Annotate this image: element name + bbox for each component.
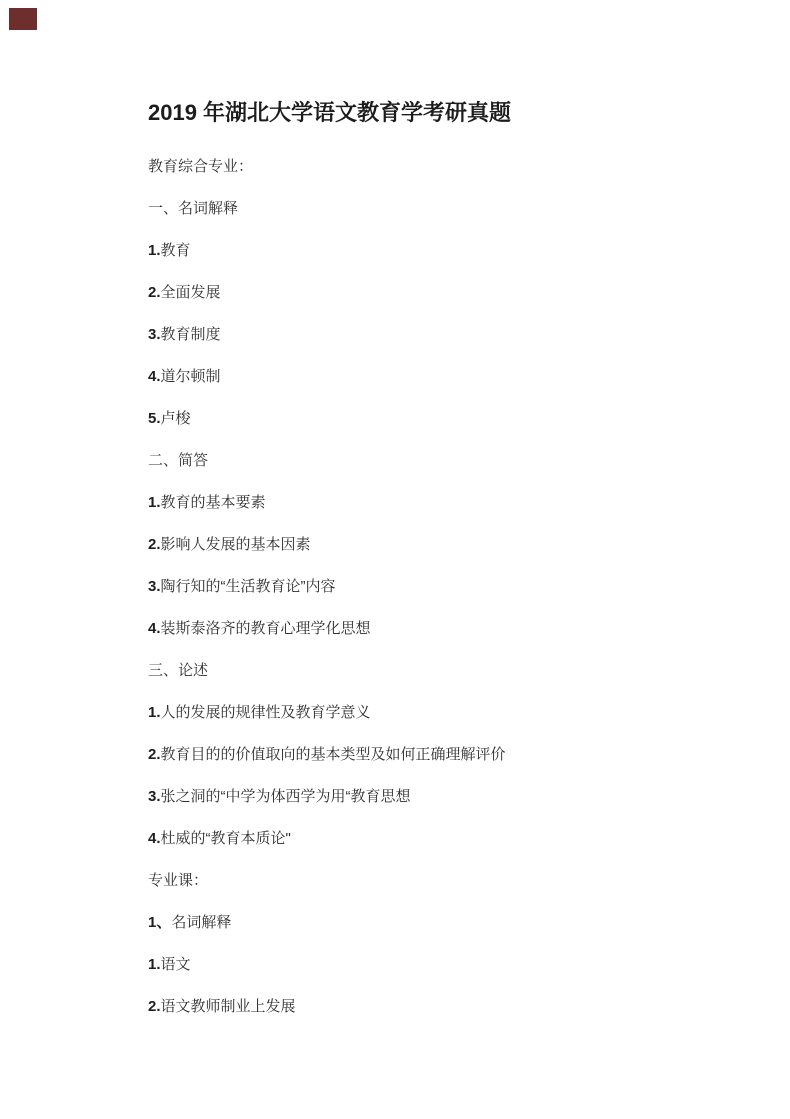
line-text: 二、简答 xyxy=(148,452,208,469)
line-number: 4. xyxy=(148,830,161,847)
document-line: 1.语文 xyxy=(148,944,760,986)
document-line: 二、简答 xyxy=(148,440,760,482)
corner-logo xyxy=(9,8,37,30)
line-number: 3. xyxy=(148,788,161,805)
document-line: 2.教育目的的价值取向的基本类型及如何正确理解评价 xyxy=(148,734,760,776)
line-number: 4. xyxy=(148,620,161,637)
document-content: 2019 年湖北大学语文教育学考研真题 教育综合专业： 一、名词解释 1.教育 … xyxy=(148,99,760,1028)
line-text: 陶行知的“生活教育论”内容 xyxy=(161,578,336,595)
line-text: 教育 xyxy=(161,242,191,259)
document-line: 1.教育的基本要素 xyxy=(148,482,760,524)
line-number: 2. xyxy=(148,998,161,1015)
line-text: 教育目的的价值取向的基本类型及如何正确理解评价 xyxy=(161,746,506,763)
document-line: 4.道尔顿制 xyxy=(148,356,760,398)
document-line: 教育综合专业： xyxy=(148,146,760,188)
line-number: 4. xyxy=(148,368,161,385)
document-line: 2.语文教师制业上发展 xyxy=(148,986,760,1028)
line-number: 2. xyxy=(148,284,161,301)
document-line: 4.装斯泰洛齐的教育心理学化思想 xyxy=(148,608,760,650)
document-line: 4.杜威的“教育本质论" xyxy=(148,818,760,860)
line-text: 教育的基本要素 xyxy=(161,494,266,511)
line-text: 语文教师制业上发展 xyxy=(161,998,296,1015)
document-line: 1.人的发展的规律性及教育学意义 xyxy=(148,692,760,734)
line-text: 语文 xyxy=(161,956,191,973)
line-number: 1. xyxy=(148,242,161,259)
line-number: 3. xyxy=(148,578,161,595)
document-line: 1.教育 xyxy=(148,230,760,272)
document-line: 1、名词解释 xyxy=(148,902,760,944)
line-text: 道尔顿制 xyxy=(161,368,221,385)
line-number: 5. xyxy=(148,410,161,427)
line-text: 卢梭 xyxy=(161,410,191,427)
document-line: 2.全面发展 xyxy=(148,272,760,314)
line-text: 杜威的“教育本质论" xyxy=(161,830,291,847)
document-line: 5.卢梭 xyxy=(148,398,760,440)
line-text: 教育制度 xyxy=(161,326,221,343)
line-text: 张之洞的“中学为体西学为用“教育思想 xyxy=(161,788,411,805)
document-line: 三、论述 xyxy=(148,650,760,692)
line-text: 教育综合专业： xyxy=(148,158,253,175)
document-line: 一、名词解释 xyxy=(148,188,760,230)
line-text: 三、论述 xyxy=(148,662,208,679)
document-line: 3.陶行知的“生活教育论”内容 xyxy=(148,566,760,608)
document-page: 2019 年湖北大学语文教育学考研真题 教育综合专业： 一、名词解释 1.教育 … xyxy=(0,0,790,1119)
line-text: 影响人发展的基本因素 xyxy=(161,536,311,553)
document-line: 3.张之洞的“中学为体西学为用“教育思想 xyxy=(148,776,760,818)
line-text: 全面发展 xyxy=(161,284,221,301)
line-number: 1. xyxy=(148,494,161,511)
line-text: 装斯泰洛齐的教育心理学化思想 xyxy=(161,620,371,637)
line-text: 名词解释 xyxy=(171,914,231,931)
line-text: 人的发展的规律性及教育学意义 xyxy=(161,704,371,721)
document-line: 2.影响人发展的基本因素 xyxy=(148,524,760,566)
document-line: 专业课： xyxy=(148,860,760,902)
line-number: 3. xyxy=(148,326,161,343)
line-number: 2. xyxy=(148,746,161,763)
line-text: 一、名词解释 xyxy=(148,200,238,217)
line-number: 2. xyxy=(148,536,161,553)
line-number: 1、 xyxy=(148,914,171,931)
document-line: 3.教育制度 xyxy=(148,314,760,356)
line-number: 1. xyxy=(148,956,161,973)
line-text: 专业课： xyxy=(148,872,208,889)
line-number: 1. xyxy=(148,704,161,721)
document-title: 2019 年湖北大学语文教育学考研真题 xyxy=(148,99,760,127)
